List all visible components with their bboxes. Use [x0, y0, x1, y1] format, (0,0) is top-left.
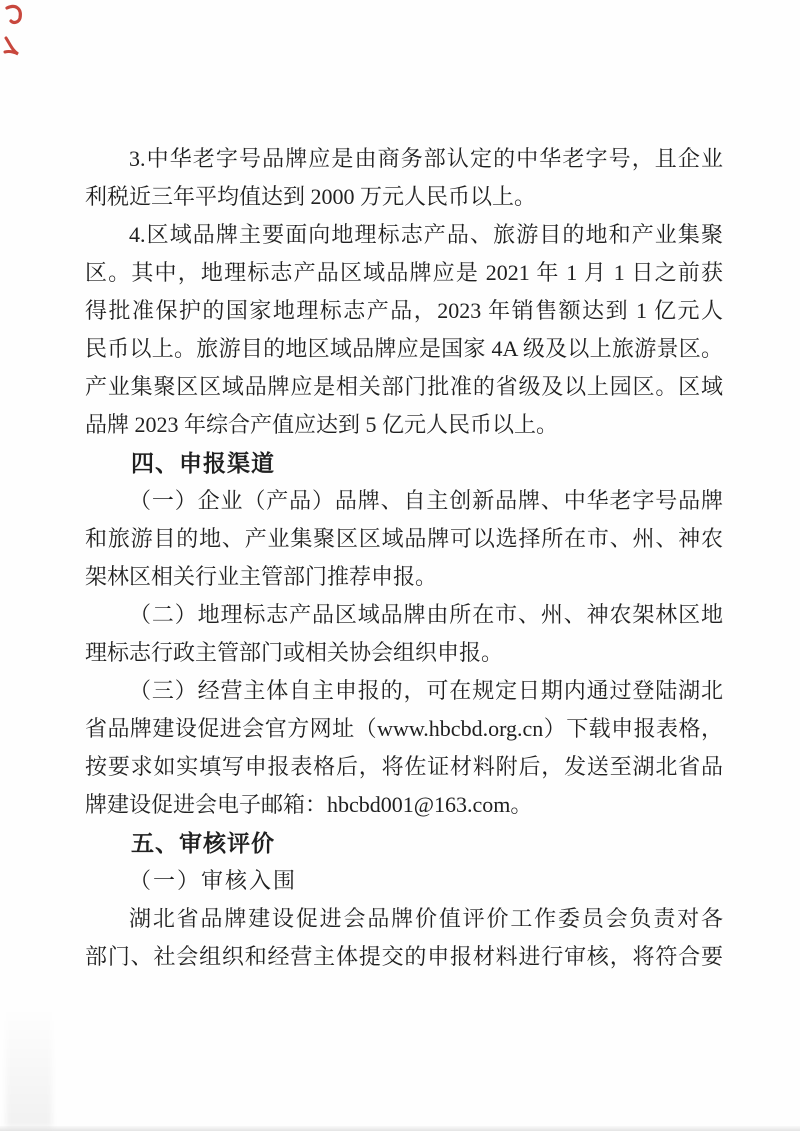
sub-heading: （一）审核入围: [85, 862, 723, 900]
text-line: 部门、社会组织和经营主体提交的申报材料进行审核，将符合要: [85, 938, 723, 976]
section-heading: 五、审核评价: [85, 824, 723, 862]
scan-smudge: [6, 1007, 52, 1127]
red-ink-stroke-top: [7, 6, 20, 22]
document-body: 3.中华老字号品牌应是由商务部认定的中华老字号，且企业利税近三年平均值达到 20…: [85, 140, 723, 976]
text-line: 牌建设促进会电子邮箱：hbcbd001@163.com。: [85, 786, 723, 824]
scanned-document-page: 3.中华老字号品牌应是由商务部认定的中华老字号，且企业利税近三年平均值达到 20…: [0, 0, 800, 1131]
text-line: （一）企业（产品）品牌、自主创新品牌、中华老字号品牌: [85, 482, 723, 520]
text-line: 品牌 2023 年综合产值应达到 5 亿元人民币以上。: [85, 406, 723, 444]
section-heading: 四、申报渠道: [85, 444, 723, 482]
scan-bottom-edge: [0, 1126, 800, 1131]
text-line: 和旅游目的地、产业集聚区区域品牌可以选择所在市、州、神农: [85, 520, 723, 558]
text-line: 省品牌建设促进会官方网址（www.hbcbd.org.cn）下载申报表格，: [85, 710, 723, 748]
text-line: 得批准保护的国家地理标志产品，2023 年销售额达到 1 亿元人: [85, 292, 723, 330]
text-line: （二）地理标志产品区域品牌由所在市、州、神农架林区地: [85, 596, 723, 634]
red-ink-corner-marks: [2, 2, 30, 60]
text-line: 3.中华老字号品牌应是由商务部认定的中华老字号，且企业: [85, 140, 723, 178]
text-line: 按要求如实填写申报表格后，将佐证材料附后，发送至湖北省品: [85, 748, 723, 786]
text-line: 架林区相关行业主管部门推荐申报。: [85, 558, 723, 596]
text-line: （三）经营主体自主申报的，可在规定日期内通过登陆湖北: [85, 672, 723, 710]
text-line: 理标志行政主管部门或相关协会组织申报。: [85, 634, 723, 672]
text-line: 民币以上。旅游目的地区域品牌应是国家 4A 级及以上旅游景区。: [85, 330, 723, 368]
text-line: 4.区域品牌主要面向地理标志产品、旅游目的地和产业集聚: [85, 216, 723, 254]
red-ink-stroke-bottom: [5, 38, 18, 54]
text-line: 湖北省品牌建设促进会品牌价值评价工作委员会负责对各: [85, 900, 723, 938]
text-line: 利税近三年平均值达到 2000 万元人民币以上。: [85, 178, 723, 216]
text-line: 区。其中，地理标志产品区域品牌应是 2021 年 1 月 1 日之前获: [85, 254, 723, 292]
text-line: 产业集聚区区域品牌应是相关部门批准的省级及以上园区。区域: [85, 368, 723, 406]
